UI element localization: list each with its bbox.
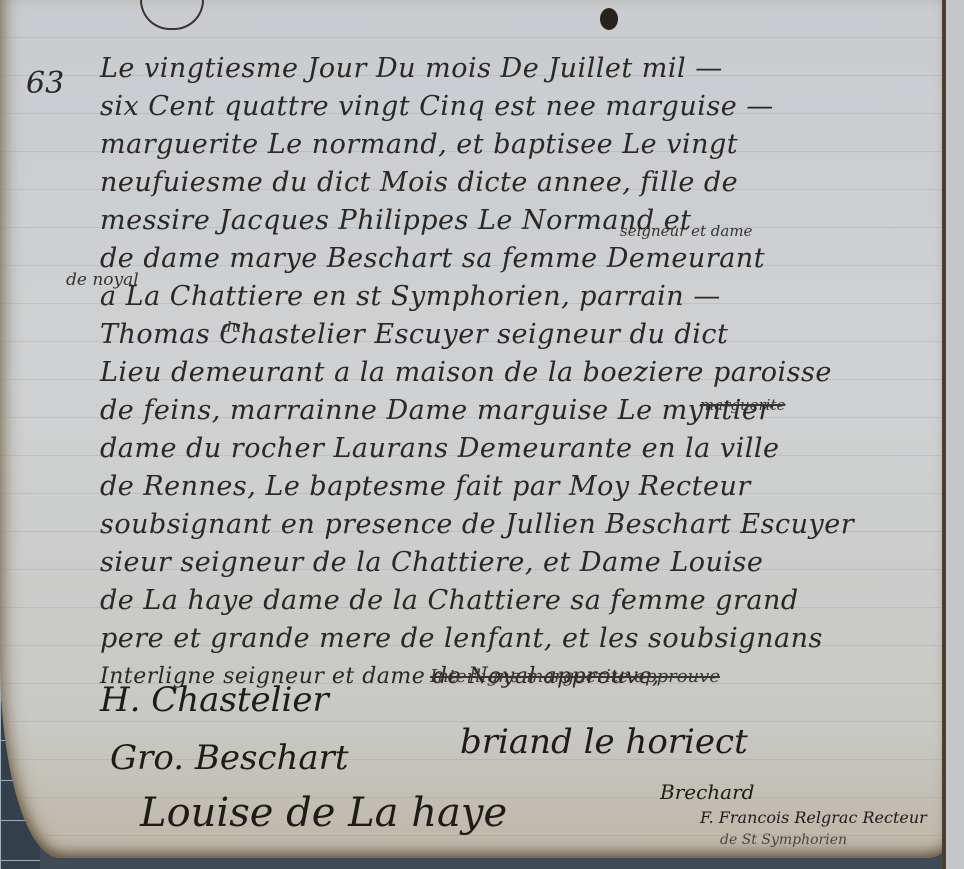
- entry-number: 63: [26, 66, 64, 101]
- entry-text: Le vingtiesme Jour Du mois De Juillet mi…: [100, 50, 940, 696]
- text-line: dame du rocher Laurans Demeurante en la …: [100, 430, 940, 468]
- signature: Louise de La haye: [140, 790, 507, 836]
- struck-approval-note: Interligne marguerite approuve: [430, 666, 720, 687]
- text-line: de La haye dame de la Chattiere sa femme…: [100, 582, 940, 620]
- text-line: messire Jacques Philippes Le Normand et: [100, 202, 940, 240]
- text-line: a La Chattiere en st Symphorien, parrain…: [100, 278, 940, 316]
- signature: Gro. Beschart: [110, 738, 349, 778]
- interlinear-note: seigneur et dame: [620, 222, 752, 240]
- ink-blot: [600, 8, 618, 30]
- interlinear-note: du: [222, 318, 241, 336]
- text-line: de feins, marrainne Dame marguise Le myn…: [100, 392, 940, 430]
- signature: F. Francois Relgrac Recteur: [700, 808, 927, 827]
- previous-entry-flourish: [140, 0, 204, 30]
- text-line: sieur seigneur de la Chattiere, et Dame …: [100, 544, 940, 582]
- text-line: pere et grande mere de lenfant, et les s…: [100, 620, 940, 658]
- text-line: de dame marye Beschart sa femme Demeuran…: [100, 240, 940, 278]
- manuscript-page: 63 Le vingtiesme Jour Du mois De Juillet…: [0, 0, 944, 858]
- margin-note: de noyal: [66, 270, 139, 290]
- text-line: six Cent quattre vingt Cinq est nee marg…: [100, 88, 940, 126]
- signature: Brechard: [660, 780, 754, 804]
- text-line: Lieu demeurant a la maison de la boezier…: [100, 354, 940, 392]
- signature: de St Symphorien: [720, 832, 847, 848]
- text-line: de Rennes, Le baptesme fait par Moy Rect…: [100, 468, 940, 506]
- next-page-edge: [946, 0, 964, 869]
- struck-interlinear-note: marguerite: [700, 396, 785, 414]
- text-line: soubsignant en presence de Jullien Besch…: [100, 506, 940, 544]
- text-line: neufuiesme du dict Mois dicte annee, fil…: [100, 164, 940, 202]
- text-line: marguerite Le normand, et baptisee Le vi…: [100, 126, 940, 164]
- signature: briand le horiect: [460, 722, 748, 762]
- signature: H. Chastelier: [100, 680, 329, 720]
- text-line: Le vingtiesme Jour Du mois De Juillet mi…: [100, 50, 940, 88]
